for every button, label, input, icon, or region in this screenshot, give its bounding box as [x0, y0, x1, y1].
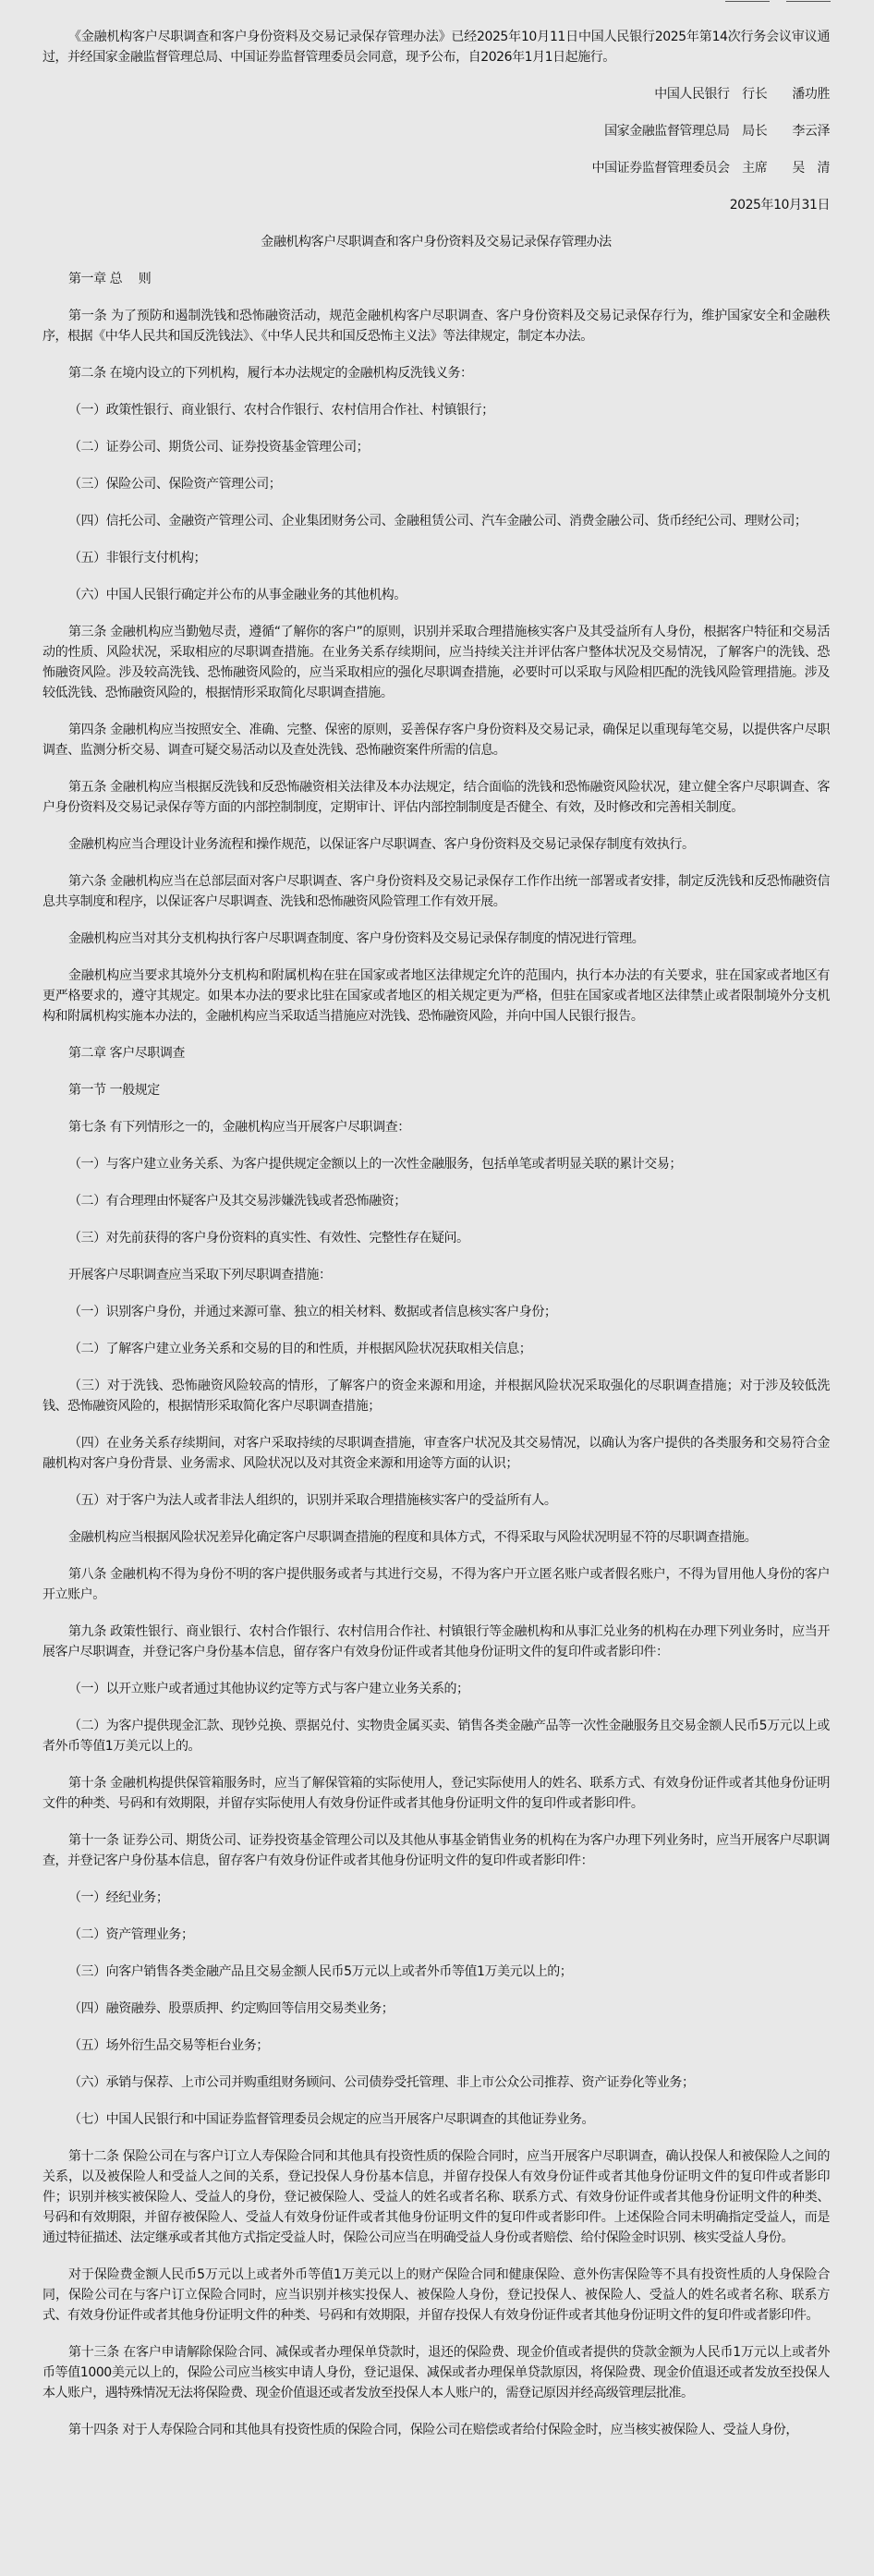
- article-7-item-3: （三）对先前获得的客户身份资料的真实性、有效性、完整性存在疑问。: [42, 1228, 830, 1248]
- signature-csrc: 中国证券监督管理委员会 主席 吴 清: [42, 158, 830, 178]
- article-11-item-2: （二）资产管理业务；: [42, 1925, 830, 1945]
- article-11-item-7: （七）中国人民银行和中国证券监督管理委员会规定的应当开展客户尽职调查的其他证券业…: [42, 2109, 830, 2130]
- toolbar-partial: [0, 0, 874, 2]
- article-2-item-1: （一）政策性银行、商业银行、农村合作银行、农村信用合作社、村镇银行；: [42, 400, 830, 420]
- article-6: 第六条 金融机构应当在总部层面对客户尽职调查、客户身份资料及交易记录保存工作作出…: [42, 871, 830, 912]
- article-5-para-2: 金融机构应当合理设计业务流程和操作规范，以保证客户尽职调查、客户身份资料及交易记…: [42, 834, 830, 855]
- article-7: 第七条 有下列情形之一的，金融机构应当开展客户尽职调查：: [42, 1117, 830, 1137]
- article-7-measure-3: （三）对于洗钱、恐怖融资风险较高的情形，了解客户的资金来源和用途，并根据风险状况…: [42, 1376, 830, 1416]
- chapter-heading: 第一章 总 则: [42, 269, 830, 289]
- article-11-item-3: （三）向客户销售各类金融产品且交易金额人民币5万元以上或者外币等值1万美元以上的…: [42, 1962, 830, 1982]
- signature-nfra: 国家金融监督管理总局 局长 李云泽: [42, 121, 830, 141]
- signature-pboc: 中国人民银行 行长 潘功胜: [42, 84, 830, 104]
- article-12-para-2: 对于保险费金额人民币5万元以上或者外币等值1万美元以上的财产保险合同和健康保险、…: [42, 2265, 830, 2326]
- article-11-item-4: （四）融资融券、股票质押、约定购回等信用交易类业务；: [42, 1999, 830, 2019]
- section-heading: 第一节 一般规定: [42, 1080, 830, 1100]
- article-6-para-2: 金融机构应当对其分支机构执行客户尽职调查制度、客户身份资料及交易记录保存制度的情…: [42, 929, 830, 949]
- toolbar-button-1[interactable]: [725, 0, 770, 2]
- article-7-item-1: （一）与客户建立业务关系、为客户提供规定金额以上的一次性金融服务，包括单笔或者明…: [42, 1154, 830, 1174]
- article-2-item-4: （四）信托公司、金融资产管理公司、企业集团财务公司、金融租赁公司、汽车金融公司、…: [42, 511, 830, 531]
- article-7-item-2: （二）有合理理由怀疑客户及其交易涉嫌洗钱或者恐怖融资；: [42, 1191, 830, 1211]
- article-2-item-2: （二）证券公司、期货公司、证券投资基金管理公司；: [42, 437, 830, 457]
- issue-date: 2025年10月31日: [42, 195, 830, 215]
- article-14: 第十四条 对于人寿保险合同和其他具有投资性质的保险合同，保险公司在赔偿或者给付保…: [42, 2420, 830, 2440]
- article-1: 第一条 为了预防和遏制洗钱和恐怖融资活动，规范金融机构客户尽职调查、客户身份资料…: [42, 306, 830, 346]
- article-7-measure-5: （五）对于客户为法人或者非法人组织的，识别并采取合理措施核实客户的受益所有人。: [42, 1490, 830, 1511]
- document-body: 《金融机构客户尽职调查和客户身份资料及交易记录保存管理办法》已经2025年10月…: [42, 27, 830, 2457]
- article-11: 第十一条 证券公司、期货公司、证券投资基金管理公司以及其他从事基金销售业务的机构…: [42, 1830, 830, 1871]
- chapter-heading: 第二章 客户尽职调查: [42, 1043, 830, 1063]
- article-13: 第十三条 在客户申请解除保险合同、减保或者办理保单贷款时，退还的保险费、现金价值…: [42, 2342, 830, 2403]
- document-title: 金融机构客户尽职调查和客户身份资料及交易记录保存管理办法: [42, 232, 830, 252]
- article-9-item-1: （一）以开立账户或者通过其他协议约定等方式与客户建立业务关系的；: [42, 1679, 830, 1699]
- article-2-item-3: （三）保险公司、保险资产管理公司；: [42, 474, 830, 494]
- article-7-measures-intro: 开展客户尽职调查应当采取下列尽职调查措施：: [42, 1265, 830, 1285]
- article-10: 第十条 金融机构提供保管箱服务时，应当了解保管箱的实际使用人，登记实际使用人的姓…: [42, 1773, 830, 1814]
- article-2-item-6: （六）中国人民银行确定并公布的从事金融业务的其他机构。: [42, 585, 830, 605]
- article-9: 第九条 政策性银行、商业银行、农村合作银行、农村信用合作社、村镇银行等金融机构和…: [42, 1622, 830, 1662]
- article-4: 第四条 金融机构应当按照安全、准确、完整、保密的原则，妥善保存客户身份资料及交易…: [42, 720, 830, 760]
- article-7-measure-4: （四）在业务关系存续期间，对客户采取持续的尽职调查措施，审查客户状况及其交易情况…: [42, 1433, 830, 1474]
- article-11-item-5: （五）场外衍生品交易等柜台业务；: [42, 2035, 830, 2056]
- article-2: 第二条 在境内设立的下列机构，履行本办法规定的金融机构反洗钱义务：: [42, 363, 830, 383]
- article-6-para-3: 金融机构应当要求其境外分支机构和附属机构在驻在国家或者地区法律规定允许的范围内，…: [42, 966, 830, 1027]
- article-3: 第三条 金融机构应当勤勉尽责，遵循“了解你的客户”的原则，识别并采取合理措施核实…: [42, 622, 830, 703]
- article-7-closing: 金融机构应当根据风险状况差异化确定客户尽职调查措施的程度和具体方式，不得采取与风…: [42, 1527, 830, 1548]
- article-8: 第八条 金融机构不得为身份不明的客户提供服务或者与其进行交易，不得为客户开立匿名…: [42, 1564, 830, 1605]
- article-5: 第五条 金融机构应当根据反洗钱和反恐怖融资相关法律及本办法规定，结合面临的洗钱和…: [42, 777, 830, 818]
- article-11-item-6: （六）承销与保荐、上市公司并购重组财务顾问、公司债券受托管理、非上市公众公司推荐…: [42, 2072, 830, 2093]
- article-7-measure-2: （二）了解客户建立业务关系和交易的目的和性质，并根据风险状况获取相关信息；: [42, 1339, 830, 1359]
- article-7-measure-1: （一）识别客户身份，并通过来源可靠、独立的相关材料、数据或者信息核实客户身份；: [42, 1302, 830, 1322]
- article-2-item-5: （五）非银行支付机构；: [42, 548, 830, 568]
- article-11-item-1: （一）经纪业务；: [42, 1888, 830, 1908]
- preamble: 《金融机构客户尽职调查和客户身份资料及交易记录保存管理办法》已经2025年10月…: [42, 27, 830, 67]
- article-9-item-2: （二）为客户提供现金汇款、现钞兑换、票据兑付、实物贵金属买卖、销售各类金融产品等…: [42, 1716, 830, 1756]
- toolbar-button-2[interactable]: [786, 0, 831, 2]
- article-12: 第十二条 保险公司在与客户订立人寿保险合同和其他具有投资性质的保险合同时，应当开…: [42, 2146, 830, 2248]
